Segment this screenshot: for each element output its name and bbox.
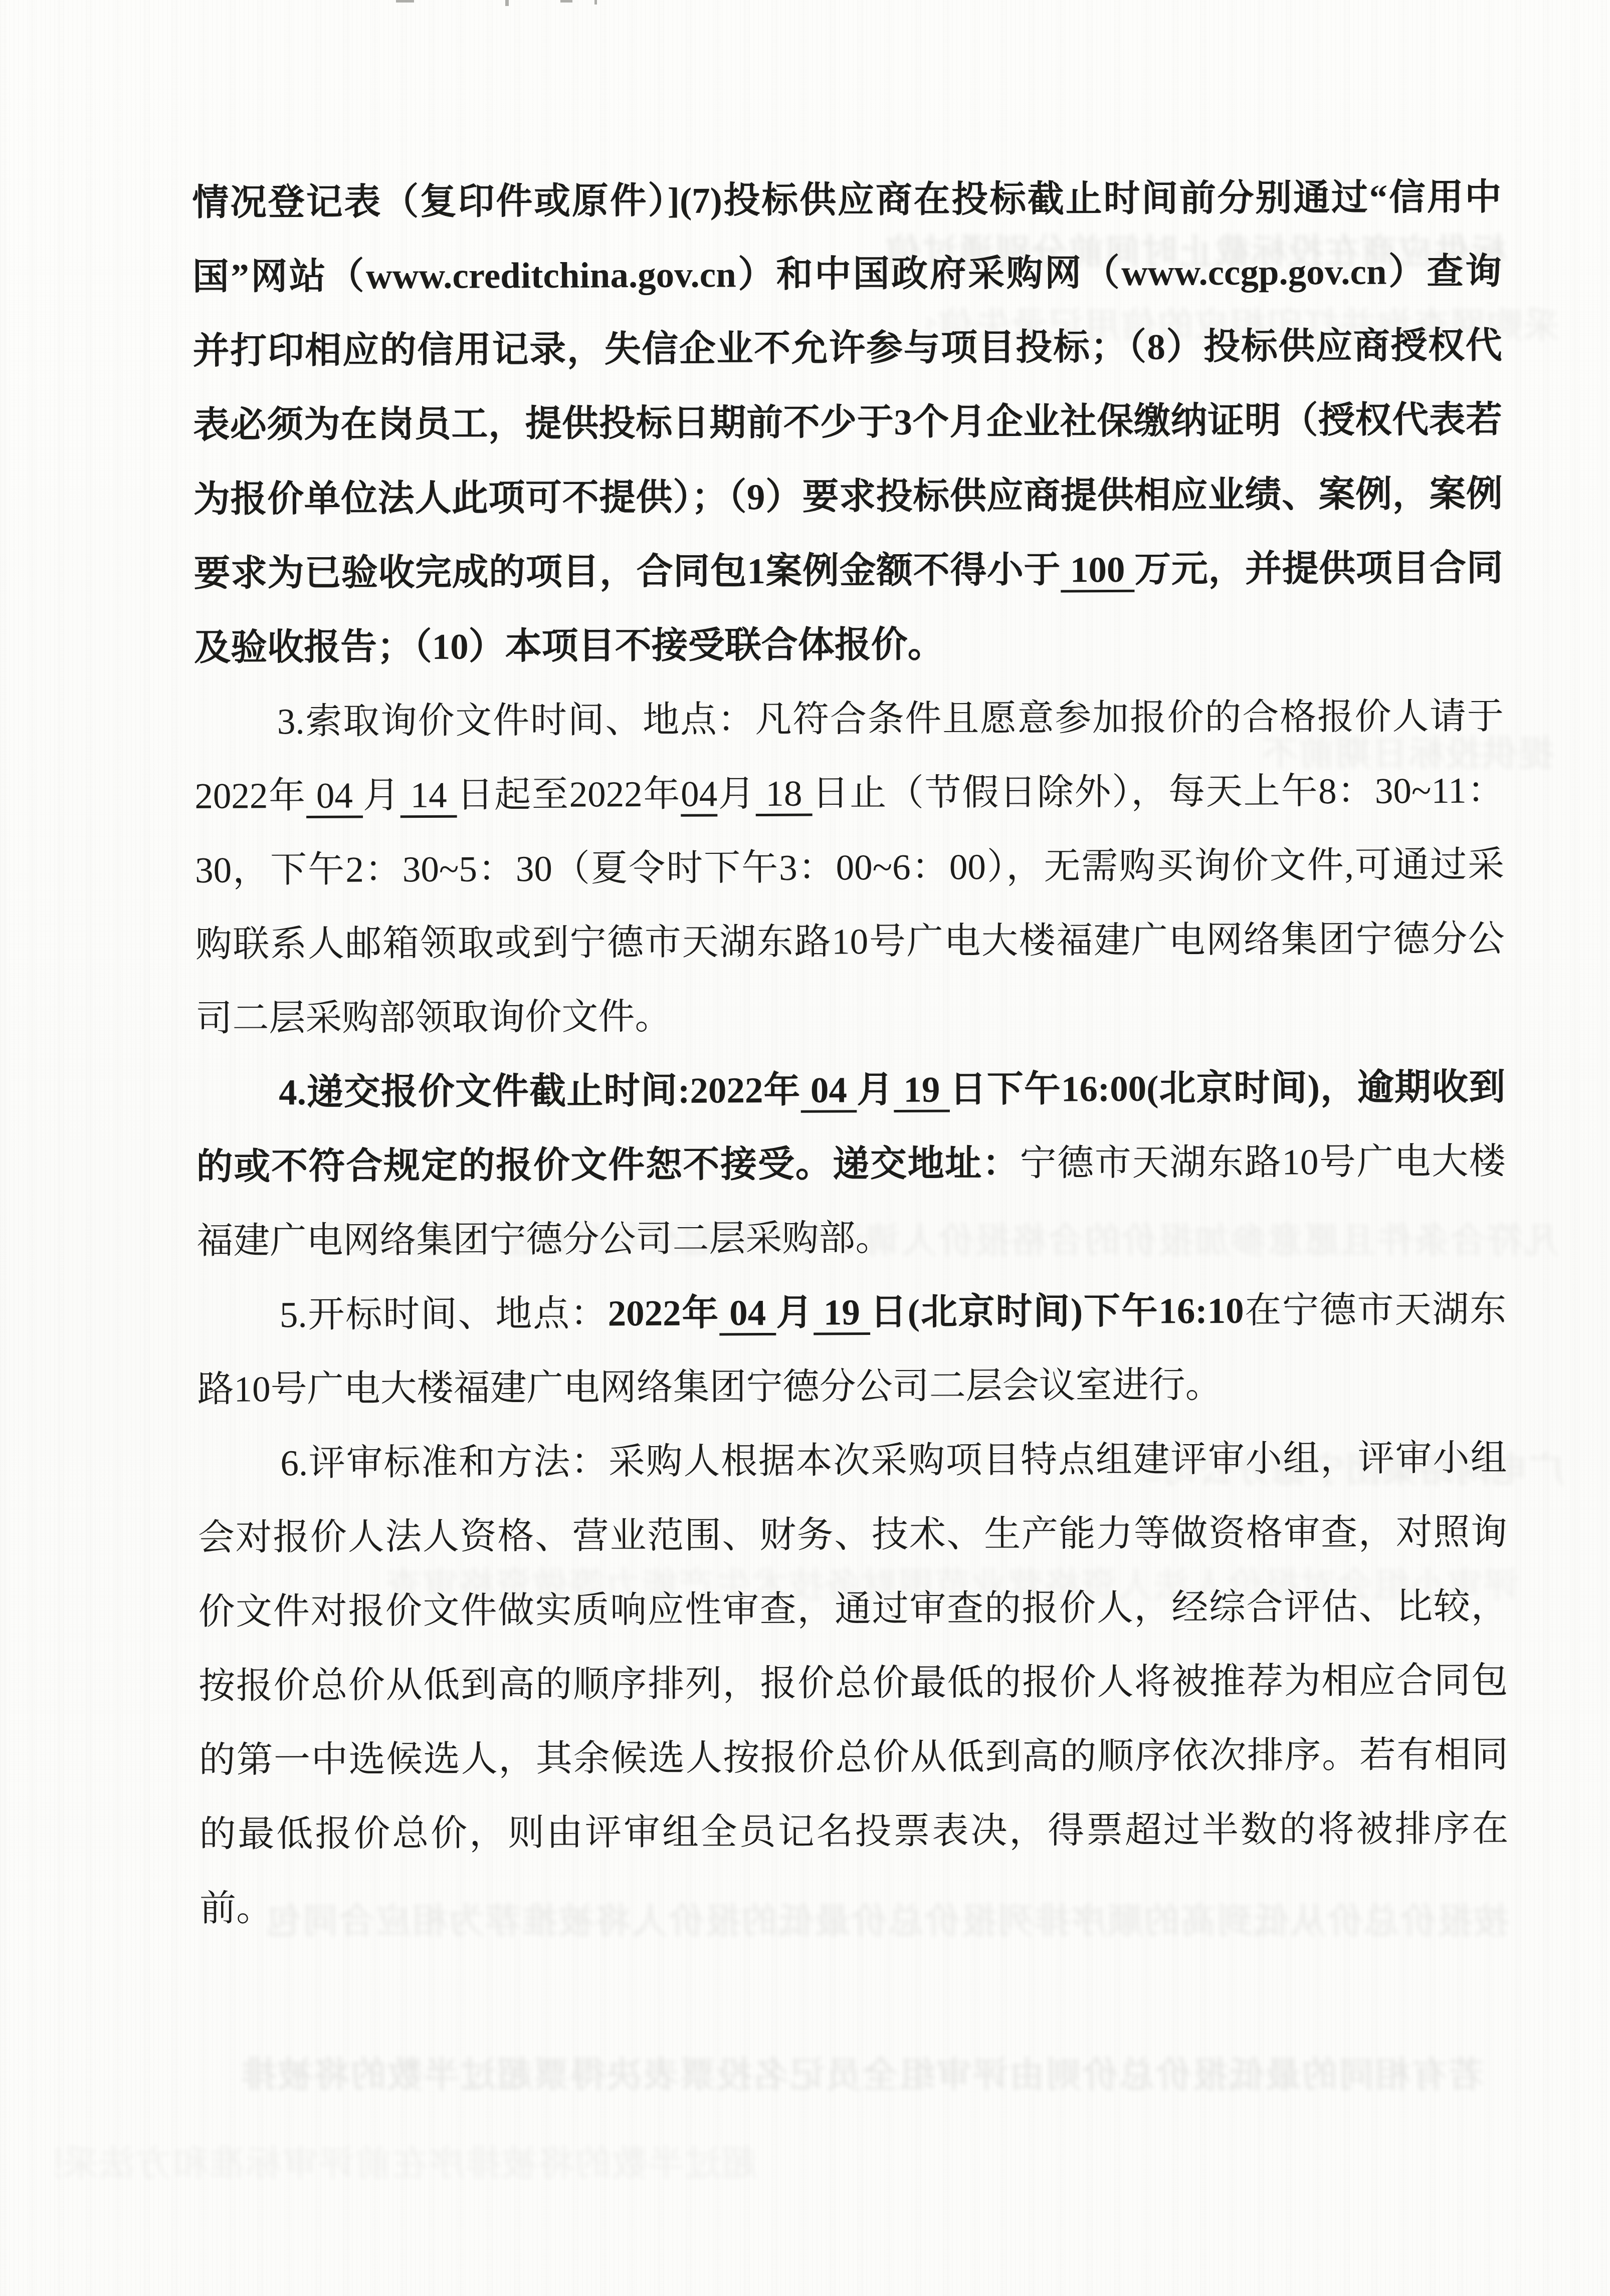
text-run: 月	[857, 1069, 894, 1110]
text-run: 5.开标时间、地点：	[280, 1293, 608, 1335]
text-run: 月	[363, 775, 400, 815]
bleed-through-line: 若有相同的最低报价总价则由评审组全员记名投票表决得票超过半数的将被排	[180, 2047, 1484, 2091]
text-run: 2022年	[608, 1292, 719, 1333]
text-run: 月	[776, 1292, 814, 1333]
paragraph: 5.开标时间、地点：2022年 04 月 19 日(北京时间)下午16:10在宁…	[197, 1273, 1507, 1427]
document-text: 情况登记表（复印件或原件）](7)投标供应商在投标截止时间前分别通过“信用中国”…	[192, 160, 1509, 1946]
paragraph: 3.索取询价文件时间、地点：凡符合条件且愿意参加报价的合格报价人请于2022年 …	[194, 679, 1505, 1056]
text-run: 日起至2022年	[457, 774, 681, 815]
text-run: 19	[894, 1069, 950, 1109]
paragraph: 4.递交报价文件截止时间:2022年 04 月 19 日下午16:00(北京时间…	[196, 1050, 1506, 1278]
paragraph: 6.评审标准和方法：采购人根据本次采购项目特点组建评审小组，评审小组会对报价人法…	[197, 1421, 1509, 1946]
scan-edge-mark	[560, 0, 572, 3]
text-run: 18	[755, 773, 812, 814]
text-run: 日(北京时间)下午16:10	[870, 1290, 1244, 1332]
text-run: 04	[681, 773, 717, 814]
text-run: 19	[814, 1292, 870, 1332]
text-run: 04	[800, 1069, 857, 1110]
scan-edge-mark	[396, 0, 414, 3]
scanned-document-page: 标供应商在投标截止时间前分别通过信用中国网站查询并打印相应采购网查询并打印相应的…	[0, 0, 1610, 2296]
text-run: 情况登记表（复印件或原件）](7)投标供应商在投标截止时间前分别通过“信用中国”…	[192, 177, 1503, 594]
text-run: 04	[306, 775, 363, 816]
text-run: 100	[1061, 549, 1135, 590]
bleed-through-line: 超过半数的将被排序在前评审标准和方法采购人根据	[55, 2136, 757, 2180]
paragraph: 情况登记表（复印件或原件）](7)投标供应商在投标截止时间前分别通过“信用中国”…	[192, 160, 1503, 685]
text-run: 04	[719, 1292, 776, 1333]
scan-edge-mark	[594, 0, 597, 5]
text-run: 14	[400, 775, 457, 815]
scan-edge-mark	[505, 0, 509, 6]
text-run: 4.递交报价文件截止时间:2022年	[279, 1070, 801, 1113]
text-run: 6.评审标准和方法：采购人根据本次采购项目特点组建评审小组，评审小组会对报价人法…	[198, 1438, 1509, 1929]
text-run: 递交地址：	[833, 1143, 1020, 1185]
text-run: 月	[717, 773, 756, 814]
